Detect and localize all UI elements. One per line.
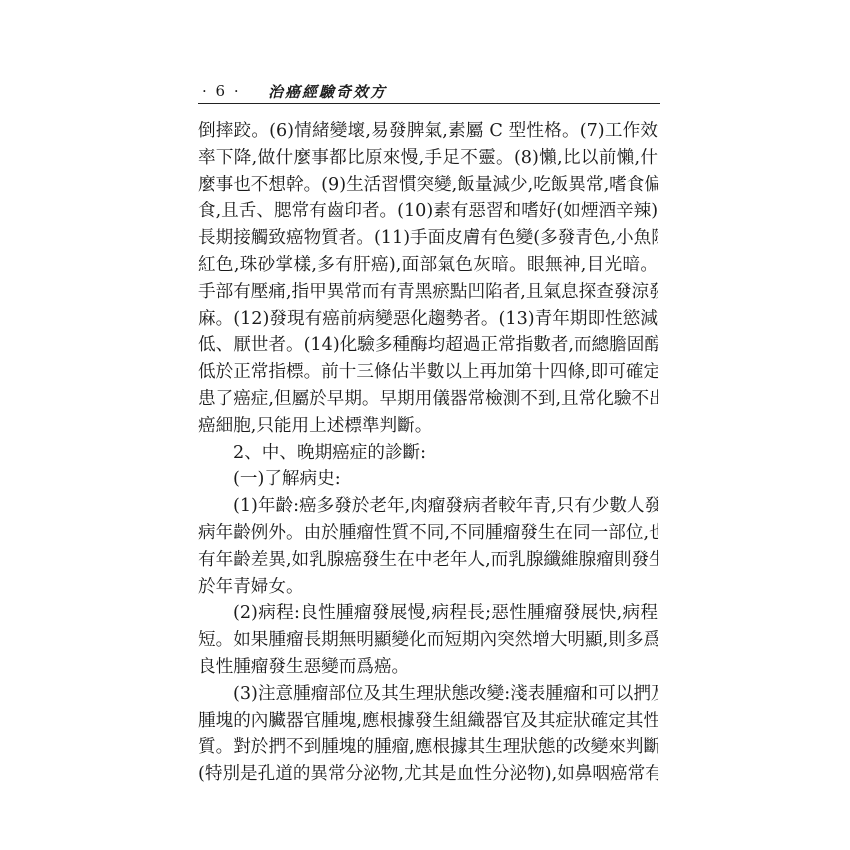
text-line: 病年齡例外。由於腫瘤性質不同,不同腫瘤發生在同一部位,也 xyxy=(198,520,658,547)
text-line: 低於正常指標。前十三條佔半數以上再加第十四條,即可確定 xyxy=(198,359,658,386)
text-line: 麻。(12)發現有癌前病變惡化趨勢者。(13)青年期即性慾減 xyxy=(198,306,658,333)
text-line: 患了癌症,但屬於早期。早期用儀器常檢測不到,且常化驗不出 xyxy=(198,386,658,413)
text-line: 倒摔跤。(6)情緒變壞,易發脾氣,素屬 C 型性格。(7)工作效 xyxy=(198,118,658,145)
text-line: (一)了解病史: xyxy=(198,466,658,493)
text-line: (特別是孔道的異常分泌物,尤其是血性分泌物),如鼻咽癌常有 xyxy=(198,761,658,788)
text-line: 率下降,做什麼事都比原來慢,手足不靈。(8)懶,比以前懶,什 xyxy=(198,145,658,172)
text-line: 短。如果腫瘤長期無明顯變化而短期內突然增大明顯,則多爲 xyxy=(198,627,658,654)
book-page: · 6 · 治癌經驗奇效方 倒摔跤。(6)情緒變壞,易發脾氣,素屬 C 型性格。… xyxy=(198,78,658,104)
body-text: 倒摔跤。(6)情緒變壞,易發脾氣,素屬 C 型性格。(7)工作效率下降,做什麼事… xyxy=(198,118,658,788)
text-line: 質。對於捫不到腫塊的腫瘤,應根據其生理狀態的改變來判斷 xyxy=(198,734,658,761)
text-line: 腫塊的內臟器官腫塊,應根據發生組織器官及其症狀確定其性 xyxy=(198,708,658,735)
text-line: 有年齡差異,如乳腺癌發生在中老年人,而乳腺纖維腺瘤則發生 xyxy=(198,547,658,574)
text-line: (3)注意腫瘤部位及其生理狀態改變:淺表腫瘤和可以捫及 xyxy=(198,681,658,708)
text-line: 癌細胞,只能用上述標準判斷。 xyxy=(198,413,658,440)
text-line: 低、厭世者。(14)化驗多種酶均超過正常指數者,而總膽固醇常 xyxy=(198,332,658,359)
text-line: 長期接觸致癌物質者。(11)手面皮膚有色變(多發青色,小魚際 xyxy=(198,225,658,252)
running-title: 治癌經驗奇效方 xyxy=(268,81,387,102)
page-number: · 6 · xyxy=(202,82,241,100)
text-line: (1)年齡:癌多發於老年,肉瘤發病者較年青,只有少數人發 xyxy=(198,493,658,520)
text-line: 良性腫瘤發生惡變而爲癌。 xyxy=(198,654,658,681)
text-line: 2、中、晚期癌症的診斷: xyxy=(198,440,658,467)
page-header: · 6 · 治癌經驗奇效方 xyxy=(198,78,658,104)
text-line: 食,且舌、腮常有齒印者。(10)素有惡習和嗜好(如煙酒辛辣), xyxy=(198,198,658,225)
text-line: (2)病程:良性腫瘤發展慢,病程長;惡性腫瘤發展快,病程 xyxy=(198,600,658,627)
text-line: 紅色,珠砂掌樣,多有肝癌),面部氣色灰暗。眼無神,目光暗。 xyxy=(198,252,658,279)
header-rule xyxy=(198,103,660,104)
text-line: 於年青婦女。 xyxy=(198,574,658,601)
text-line: 手部有壓痛,指甲異常而有青黑瘀點凹陷者,且氣息探查發涼發 xyxy=(198,279,658,306)
text-line: 麼事也不想幹。(9)生活習慣突變,飯量減少,吃飯異常,嗜食偏 xyxy=(198,172,658,199)
